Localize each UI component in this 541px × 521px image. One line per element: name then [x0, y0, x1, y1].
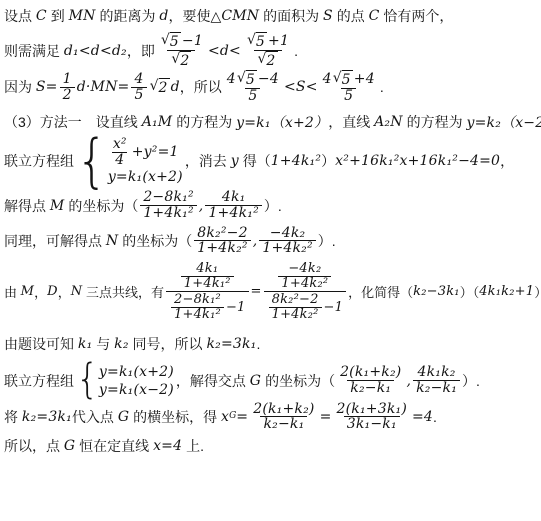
- text-run: .: [256, 336, 260, 352]
- solution-line-12: 所以，点 G 恒在定直线 x=4 上.: [4, 436, 539, 456]
- math-run: 5: [344, 89, 353, 104]
- math-run: 4: [115, 153, 124, 168]
- text-run: 所以，点: [4, 436, 64, 456]
- numerator: 4k₁k₂: [415, 365, 459, 380]
- math-run: 4: [323, 72, 332, 87]
- text-run: ，要使△: [169, 6, 222, 26]
- text-run: .: [380, 79, 384, 95]
- radicand: 5: [170, 32, 181, 50]
- text-run: 的坐标为（: [261, 371, 335, 391]
- math-run: 2(k₁+k₂): [340, 365, 401, 380]
- math-run: 1+4k₁²: [271, 153, 321, 169]
- math-run: 4k₁: [222, 190, 246, 205]
- math-run: 1+4k₁²: [174, 308, 221, 322]
- solution-line-5: 联立方程组{x²4+y²=1y=k₁(x+2)，消去 y 得（1+4k₁²）x²…: [4, 137, 539, 185]
- math-run: x²: [113, 137, 127, 152]
- denominator: k₂−k₁: [347, 380, 394, 396]
- math-run: <d<: [208, 43, 241, 59]
- denominator: 5: [131, 87, 146, 103]
- radicand: 5: [342, 70, 353, 88]
- fraction: 8k₂²−21+4k₂²: [194, 226, 250, 256]
- text-run: 的横坐标，得: [129, 407, 221, 427]
- fraction: √5+1√2: [243, 32, 292, 69]
- math-run: G: [250, 373, 261, 389]
- text-run: 联立方程组: [4, 151, 74, 171]
- denominator: k₂−k₁: [260, 416, 307, 432]
- denominator: 1+4k₁²: [205, 205, 261, 221]
- text-run: 的距离为: [96, 6, 160, 26]
- math-run: −1: [226, 301, 246, 315]
- text-run: 上.: [182, 436, 204, 456]
- text-run: ）.: [318, 231, 336, 251]
- brace-icon: {: [76, 137, 108, 186]
- math-run: N: [106, 233, 118, 249]
- denominator: k₂−k₁: [413, 380, 460, 396]
- math-run: 3k₁−k₁: [347, 417, 397, 432]
- math-run: 5: [134, 88, 143, 103]
- numerator: 1: [60, 72, 75, 87]
- math-run: +4: [354, 72, 375, 87]
- denominator: 3k₁−k₁: [344, 416, 400, 432]
- math-run: k₁: [78, 336, 93, 352]
- text-run: 恒在定直线: [75, 436, 153, 456]
- text-run: （3）方法一 设直线: [4, 112, 142, 132]
- math-run: <S<: [284, 79, 318, 95]
- text-run: 到: [47, 6, 69, 26]
- text-run: 的面积为: [259, 6, 323, 26]
- text-run: 则需满足: [4, 41, 64, 61]
- denominator: 1+4k₂²: [278, 276, 331, 291]
- numerator: 4k₁: [193, 262, 221, 276]
- equation-system: {y=k₁(x+2)y=k₁(x−2): [76, 364, 174, 398]
- math-run: M: [50, 198, 65, 214]
- fraction: 8k₂²−21+4k₂²: [269, 293, 322, 321]
- denominator: √2: [167, 50, 195, 69]
- text-run: 的点: [333, 6, 369, 26]
- solution-line-2: 则需满足 d₁<d<d₂，即√5−1√2<d<√5+1√2.: [4, 32, 539, 69]
- denominator: √2: [254, 50, 282, 69]
- math-run: =4: [412, 409, 433, 425]
- math-run: 4: [134, 72, 143, 87]
- math-run: M: [21, 284, 35, 299]
- text-run: 由题设可知: [4, 334, 78, 354]
- fraction: x²4: [110, 137, 130, 167]
- system-row: x²4+y²=1: [108, 137, 179, 167]
- radicand: 2: [180, 51, 191, 69]
- system-rows: y=k₁(x+2)y=k₁(x−2): [99, 364, 174, 398]
- math-run: 1+4k₂²: [281, 277, 328, 291]
- text-run: 的方程为: [403, 112, 467, 132]
- math-run: d: [159, 8, 168, 24]
- math-run: −1: [182, 34, 203, 49]
- math-run: 1+4k₁²: [143, 206, 193, 221]
- math-run: 1+4k₁²: [184, 277, 231, 291]
- denominator: 1+4k₂²: [194, 240, 250, 256]
- math-run: x: [221, 409, 229, 425]
- math-run: 8k₂²−2: [272, 293, 319, 307]
- brace-icon: {: [76, 363, 99, 398]
- math-run: 5: [342, 72, 351, 88]
- denominator: 8k₂²−21+4k₂²−1: [264, 291, 347, 322]
- system-row: y=k₁(x+2): [108, 169, 183, 185]
- text-run: ）（: [460, 282, 480, 301]
- math-run: C: [36, 8, 47, 24]
- math-run: S=: [36, 79, 58, 95]
- math-run: 1+4k₂²: [262, 241, 312, 256]
- math-run: +1: [268, 34, 289, 49]
- fraction: 2−8k₁²1+4k₁²: [140, 190, 196, 220]
- square-root: √5: [237, 70, 257, 88]
- math-solution-document: 设点 C 到 MN 的距离为 d，要使△CMN 的面积为 S 的点 C 恰有两个…: [0, 0, 541, 521]
- math-run: 2−8k₁²: [174, 293, 221, 307]
- math-run: ,: [199, 198, 204, 214]
- text-run: ，: [58, 282, 71, 301]
- math-run: y=k₁(x+2): [108, 169, 183, 185]
- radical-sign: √: [150, 78, 159, 94]
- math-run: y=k₁(x−2): [99, 382, 174, 398]
- radical-sign: √: [247, 32, 256, 48]
- math-run: 2: [180, 53, 189, 69]
- text-run: ，消去: [185, 151, 231, 171]
- solution-line-3: 因为 S=12d·MN=45√2d，所以4√5−45<S<4√5+45.: [4, 70, 539, 104]
- math-run: ,: [406, 373, 411, 389]
- math-run: k₂=3k₁: [206, 336, 256, 352]
- numerator: 4√5−4: [224, 70, 282, 88]
- numerator: −4k₂: [285, 262, 324, 276]
- math-run: S: [323, 8, 333, 24]
- math-run: k₂=3k₁: [22, 409, 72, 425]
- radical-sign: √: [237, 70, 246, 86]
- math-run: y=k₂（x−2）: [466, 112, 541, 132]
- numerator: √5−1: [157, 32, 206, 50]
- radicand: 5: [256, 32, 267, 50]
- square-root: √2: [150, 78, 170, 96]
- radical-sign: √: [333, 70, 342, 86]
- system-row: y=k₁(x+2): [99, 364, 174, 380]
- numerator: √5+1: [243, 32, 292, 50]
- math-run: ,: [253, 233, 258, 249]
- text-run: 同号，所以: [129, 334, 207, 354]
- denominator: 5: [341, 88, 356, 104]
- solution-line-9: 由题设可知 k₁ 与 k₂ 同号，所以 k₂=3k₁.: [4, 334, 539, 354]
- text-run: ）: [321, 151, 335, 171]
- text-run: ，: [34, 282, 47, 301]
- math-run: G: [64, 438, 75, 454]
- text-run: ，: [500, 151, 514, 171]
- text-run: .: [433, 409, 437, 425]
- math-run: MN: [69, 8, 96, 24]
- math-run: k₂−3k₁: [413, 284, 460, 299]
- numerator: 2−8k₁²: [140, 190, 196, 205]
- text-run: 恰有两个，: [380, 6, 454, 26]
- text-run: ，化简得（: [348, 282, 413, 301]
- text-run: 的坐标为（: [118, 231, 192, 251]
- numerator: 2(k₁+k₂): [337, 365, 404, 380]
- system-rows: x²4+y²=1y=k₁(x+2): [108, 137, 183, 185]
- math-run: 2(k₁+3k₁): [337, 402, 407, 417]
- numerator: −4k₂1+4k₂²: [273, 261, 336, 291]
- numerator: 2(k₁+3k₁): [334, 402, 410, 417]
- denominator: 1+4k₂²: [259, 240, 315, 256]
- math-run: 1+4k₁²: [208, 206, 258, 221]
- numerator: 4: [131, 72, 146, 87]
- math-run: CMN: [221, 8, 259, 24]
- math-run: y: [231, 153, 239, 169]
- square-root: √5: [161, 32, 181, 50]
- math-run: −4k₂: [270, 226, 306, 241]
- fraction: −4k₂1+4k₂²: [259, 226, 315, 256]
- text-run: 与: [92, 334, 114, 354]
- solution-line-10: 联立方程组{y=k₁(x+2)y=k₁(x−2)，解得交点 G 的坐标为（2(k…: [4, 364, 539, 398]
- math-run: −4k₂: [288, 262, 321, 276]
- numerator: 4k₁1+4k₁²: [176, 261, 239, 291]
- numerator: −4k₂: [267, 226, 309, 241]
- text-run: 联立方程组: [4, 371, 74, 391]
- fraction: 4k₁1+4k₁²: [181, 262, 234, 290]
- solution-line-11: 将 k₂=3k₁代入点 G 的横坐标，得 xG=2(k₁+k₂)k₂−k₁=2(…: [4, 402, 539, 432]
- math-run: 5: [256, 34, 265, 50]
- text-run: ）.: [264, 196, 282, 216]
- square-root: √5: [247, 32, 267, 50]
- math-run: k₂−k₁: [263, 417, 304, 432]
- radicand: 2: [266, 51, 277, 69]
- text-run: 的方程为: [172, 112, 236, 132]
- denominator: 5: [245, 88, 260, 104]
- math-run: 4k₁k₂+1: [479, 284, 534, 299]
- math-run: N: [71, 284, 83, 299]
- fraction: 45: [131, 72, 146, 102]
- math-run: x=4: [153, 438, 182, 454]
- denominator: 2−8k₁²1+4k₁²−1: [166, 291, 249, 322]
- text-run: 将: [4, 407, 22, 427]
- fraction: 4k₁k₂k₂−k₁: [413, 365, 460, 395]
- radicand: 2: [159, 78, 170, 96]
- math-run: 2−8k₁²: [143, 190, 193, 205]
- fraction: 2(k₁+k₂)k₂−k₁: [337, 365, 404, 395]
- math-run: 5: [170, 34, 179, 50]
- math-run: A₁M: [142, 114, 173, 130]
- math-run: =: [236, 409, 248, 425]
- fraction: 2(k₁+3k₁)3k₁−k₁: [334, 402, 410, 432]
- solution-line-7: 同理，可解得点 N 的坐标为（8k₂²−21+4k₂²,−4k₂1+4k₂²）.: [4, 226, 539, 256]
- math-run: k₂−k₁: [416, 381, 457, 396]
- fraction: 4√5+45: [320, 70, 378, 104]
- text-run: 代入点: [72, 407, 118, 427]
- solution-line-8: 由 M，D，N 三点共线，有4k₁1+4k₁²2−8k₁²1+4k₁²−1=−4…: [4, 261, 539, 323]
- denominator: 2: [60, 87, 75, 103]
- radicand: 5: [246, 70, 257, 88]
- text-run: 设点: [4, 6, 36, 26]
- math-run: 1+4k₂²: [197, 241, 247, 256]
- math-run: 4: [227, 72, 236, 87]
- math-run: 5: [246, 72, 255, 88]
- square-root: √2: [258, 51, 278, 69]
- square-root: √2: [171, 51, 191, 69]
- solution-line-6: 解得点 M 的坐标为（2−8k₁²1+4k₁²,4k₁1+4k₁²）.: [4, 190, 539, 220]
- system-row: y=k₁(x−2): [99, 382, 174, 398]
- math-run: x²+16k₁²x+16k₁²−4=0: [335, 153, 500, 169]
- denominator: 1+4k₁²: [140, 205, 196, 221]
- math-run: =: [251, 284, 262, 299]
- math-run: k₂: [114, 336, 129, 352]
- math-run: y=k₁(x+2): [99, 364, 174, 380]
- numerator: 2(k₁+k₂): [250, 402, 317, 417]
- math-run: 2: [159, 80, 168, 96]
- numerator: 4k₁: [219, 190, 249, 205]
- math-run: =: [320, 409, 332, 425]
- text-run: ，所以: [180, 77, 222, 97]
- math-run: 2: [63, 88, 72, 103]
- math-run: d: [171, 79, 180, 95]
- fraction: 4√5−45: [224, 70, 282, 104]
- math-run: 4k₁: [196, 262, 218, 276]
- math-run: 1+4k₂²: [272, 308, 319, 322]
- text-run: 同理，可解得点: [4, 231, 106, 251]
- subscript: G: [229, 412, 236, 421]
- text-run: 的坐标为（: [64, 196, 138, 216]
- text-run: 三点共线，有: [82, 282, 164, 301]
- fraction: 12: [60, 72, 75, 102]
- math-run: C: [369, 8, 380, 24]
- math-run: 1: [63, 72, 72, 87]
- math-run: +y²=1: [132, 144, 179, 160]
- math-run: A₂N: [374, 114, 403, 130]
- math-run: 2(k₁+k₂): [253, 402, 314, 417]
- math-run: k₂−k₁: [350, 381, 391, 396]
- denominator: 1+4k₁²: [171, 307, 224, 322]
- denominator: 4: [112, 152, 127, 168]
- denominator: 1+4k₂²: [269, 307, 322, 322]
- numerator: x²: [110, 137, 130, 152]
- text-run: .: [294, 43, 298, 59]
- text-run: 由: [4, 282, 21, 301]
- text-run: ，直线: [328, 112, 374, 132]
- text-run: 解得点: [4, 196, 50, 216]
- text-run: ）.: [462, 371, 480, 391]
- math-run: 2: [266, 53, 275, 69]
- math-run: D: [47, 284, 58, 299]
- math-run: 8k₂²−2: [197, 226, 247, 241]
- numerator: 2−8k₁²: [171, 293, 224, 307]
- equation-system: {x²4+y²=1y=k₁(x+2): [76, 137, 183, 185]
- square-root: √5: [333, 70, 353, 88]
- math-run: 5: [248, 89, 257, 104]
- fraction: 2(k₁+k₂)k₂−k₁: [250, 402, 317, 432]
- fraction: 4k₁1+4k₁²2−8k₁²1+4k₁²−1: [166, 261, 249, 323]
- text-run: ，即: [127, 41, 155, 61]
- numerator: 8k₂²−2: [269, 293, 322, 307]
- text-run: ，解得交点: [176, 371, 250, 391]
- math-run: −1: [324, 301, 344, 315]
- text-run: 因为: [4, 77, 36, 97]
- denominator: 1+4k₁²: [181, 276, 234, 291]
- fraction: −4k₂1+4k₂²: [278, 262, 331, 290]
- fraction: √5−1√2: [157, 32, 206, 69]
- fraction: −4k₂1+4k₂²8k₂²−21+4k₂²−1: [264, 261, 347, 323]
- text-run: 得（: [239, 151, 271, 171]
- math-run: d·MN=: [77, 79, 130, 95]
- numerator: 4√5+4: [320, 70, 378, 88]
- math-run: G: [118, 409, 129, 425]
- numerator: 8k₂²−2: [194, 226, 250, 241]
- math-run: y=k₁（x+2）: [236, 112, 328, 132]
- math-run: d₁<d<d₂: [64, 43, 127, 59]
- fraction: 2−8k₁²1+4k₁²: [171, 293, 224, 321]
- fraction: 4k₁1+4k₁²: [205, 190, 261, 220]
- solution-line-1: 设点 C 到 MN 的距离为 d，要使△CMN 的面积为 S 的点 C 恰有两个…: [4, 6, 539, 26]
- radical-sign: √: [161, 32, 170, 48]
- math-run: 4k₁k₂: [418, 365, 456, 380]
- text-run: ）: [534, 282, 541, 301]
- radical-sign: √: [171, 51, 180, 67]
- math-run: −4: [258, 72, 279, 87]
